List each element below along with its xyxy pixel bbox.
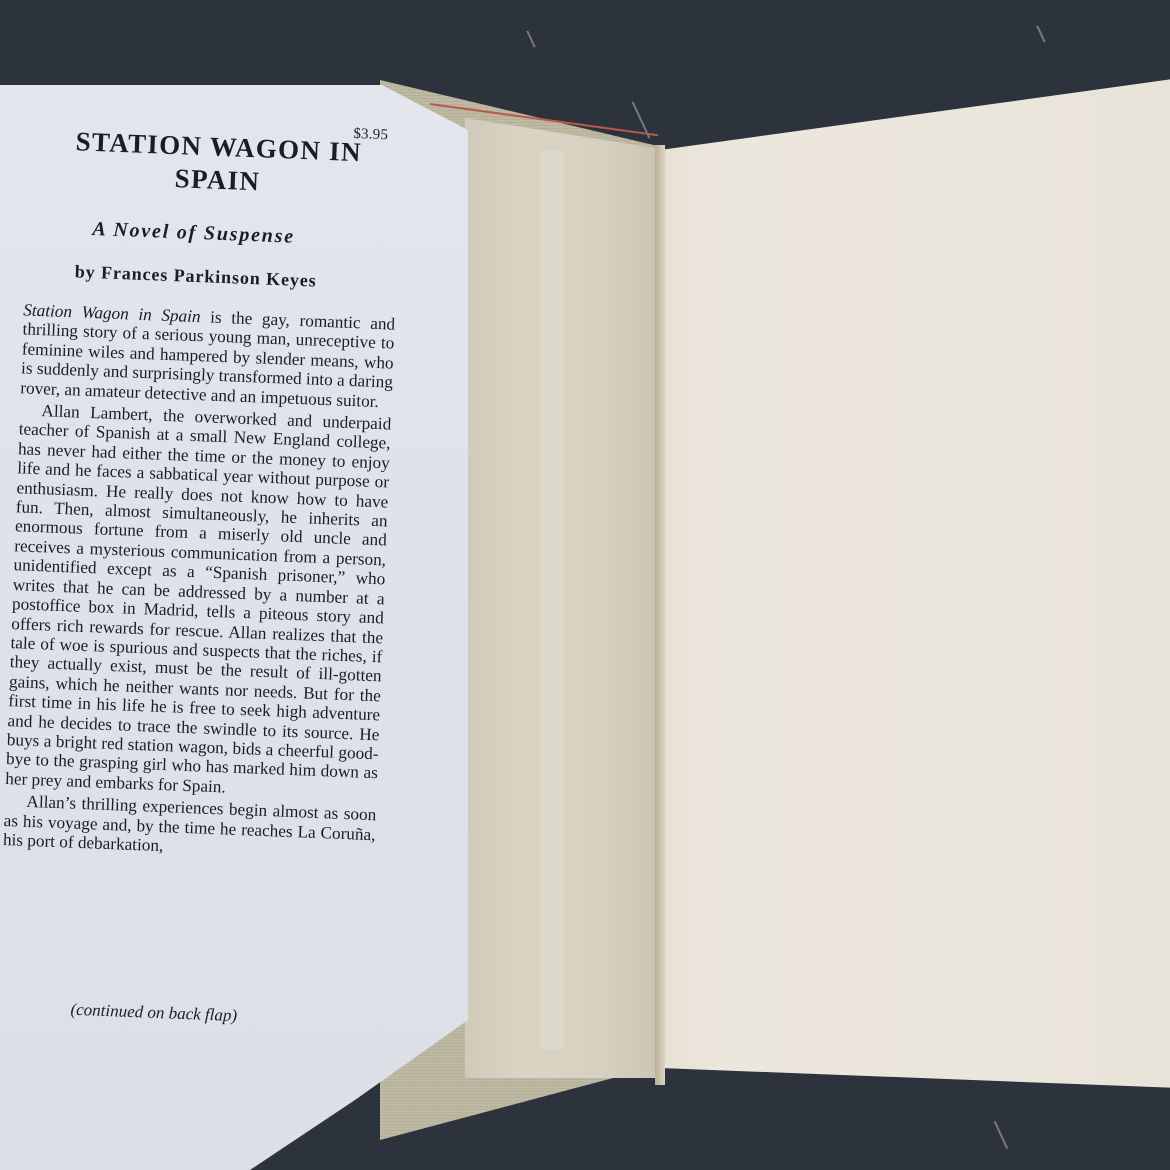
synopsis-paragraph: Station Wagon in Spain is the gay, roman… <box>20 300 395 411</box>
synopsis-paragraph: Allan Lambert, the overworked and underp… <box>5 400 392 802</box>
dust-jacket-flap[interactable]: $3.95 STATION WAGON IN SPAIN A Novel of … <box>0 85 468 1170</box>
synopsis-text: is the gay, romantic and thrilling story… <box>20 307 395 411</box>
continued-note: (continued on back flap) <box>70 1000 237 1026</box>
surface-scratch <box>994 1121 1008 1149</box>
book-title: STATION WAGON IN SPAIN <box>52 124 384 203</box>
book-gutter <box>655 145 665 1085</box>
book-endpaper-right <box>660 78 1170 1118</box>
pastedown-highlight <box>540 150 564 1050</box>
synopsis-paragraph: Allan’s thrilling experiences begin almo… <box>3 791 377 863</box>
flap-synopsis: Station Wagon in Spain is the gay, roman… <box>3 300 396 863</box>
surface-scratch <box>526 30 535 47</box>
book-subtitle: A Novel of Suspense <box>92 218 295 249</box>
flap-content: $3.95 STATION WAGON IN SPAIN A Novel of … <box>18 85 408 100</box>
book-author: by Frances Parkinson Keyes <box>74 261 317 291</box>
surface-scratch <box>1036 25 1045 42</box>
